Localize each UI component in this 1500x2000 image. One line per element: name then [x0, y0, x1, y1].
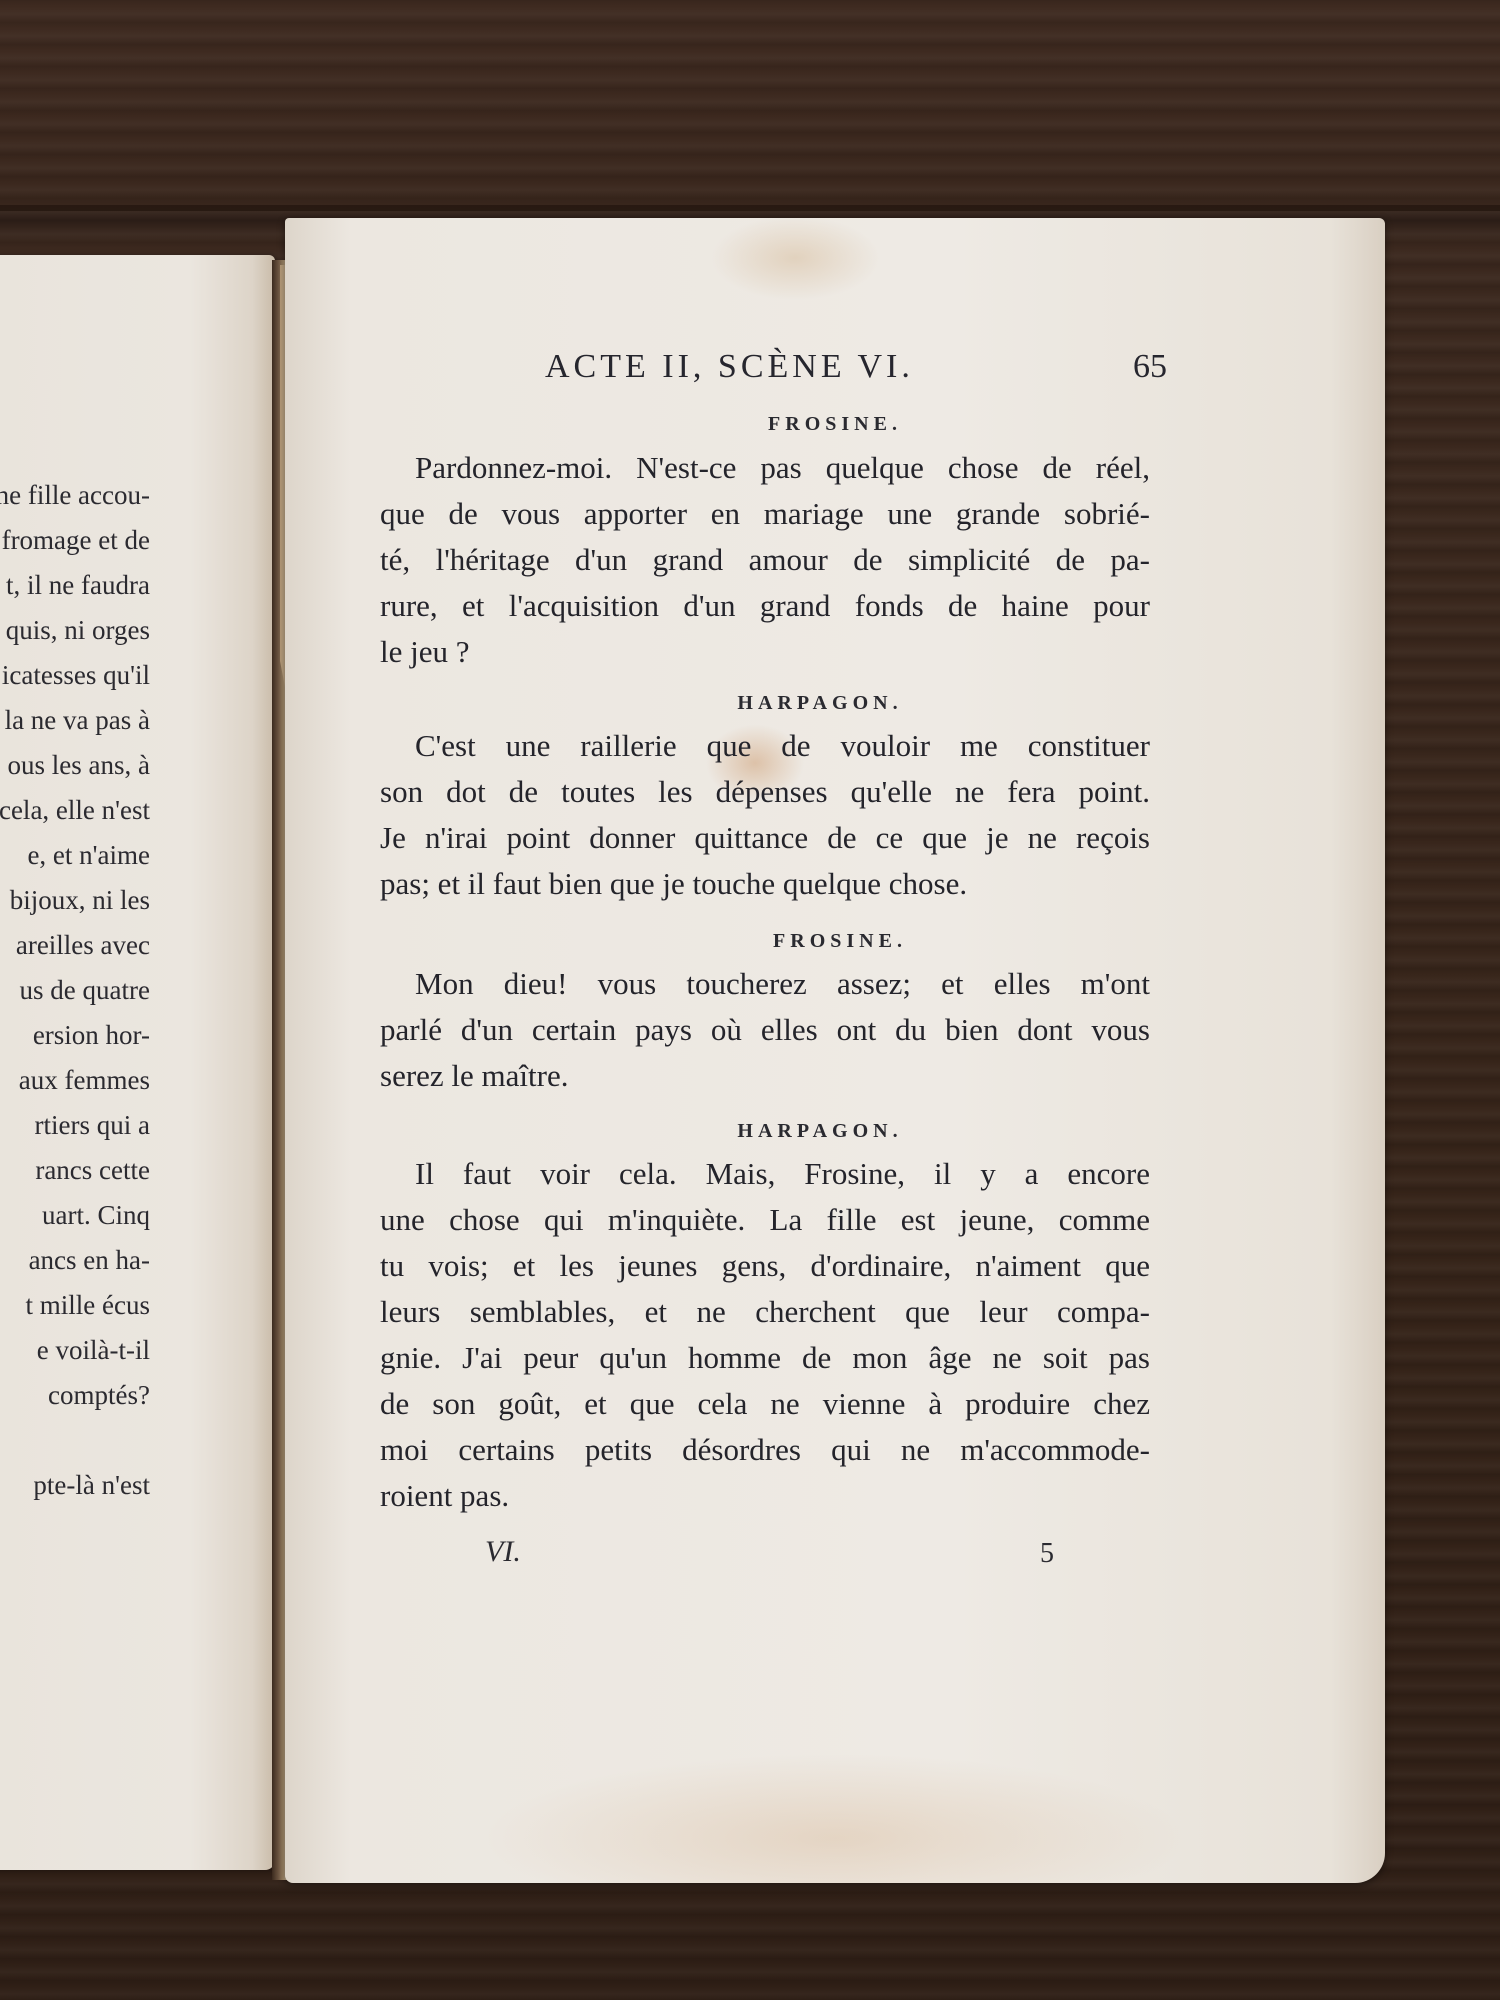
left-page-line: rtiers qui a: [35, 1110, 150, 1141]
text-line: moi certains petits désordres qui ne m'a…: [380, 1432, 1150, 1468]
text-line: une chose qui m'inquiète. La fille est j…: [380, 1202, 1150, 1238]
left-page-line: une fille accou-: [0, 480, 150, 511]
signature-mark: VI.: [485, 1535, 521, 1569]
text-line: Mon dieu! vous toucherez assez; et elles…: [415, 966, 1150, 1002]
left-page-line: icatesses qu'il: [2, 660, 150, 691]
gathering-number: 5: [1040, 1538, 1054, 1570]
right-page: ACTE II, SCÈNE VI. 65 FROSINE. Pardonnez…: [285, 218, 1385, 1883]
left-page-line: t, il ne faudra: [6, 570, 150, 601]
left-page-line: rancs cette: [35, 1155, 150, 1186]
left-page-line: fromage et de: [2, 525, 150, 556]
running-head-title: ACTE II, SCÈNE VI.: [545, 348, 914, 386]
left-page-line: areilles avec: [16, 930, 150, 961]
left-page: une fille accou- fromage et de t, il ne …: [0, 255, 275, 1870]
left-page-line: bijoux, ni les: [10, 885, 150, 916]
text-line: pas; et il faut bien que je touche quelq…: [380, 866, 1150, 902]
text-line: Il faut voir cela. Mais, Frosine, il y a…: [415, 1156, 1150, 1192]
text-line: Pardonnez-moi. N'est-ce pas quelque chos…: [415, 450, 1150, 486]
left-page-line: ancs en ha-: [29, 1245, 150, 1276]
left-page-line: e, et n'aime: [27, 840, 150, 871]
text-line: le jeu ?: [380, 634, 1150, 670]
left-page-line: uart. Cinq: [42, 1200, 150, 1231]
left-page-line: ous les ans, à: [8, 750, 150, 781]
text-line: rure, et l'acquisition d'un grand fonds …: [380, 588, 1150, 624]
text-line: de son goût, et que cela ne vienne à pro…: [380, 1386, 1150, 1422]
text-line: leurs semblables, et ne cherchent que le…: [380, 1294, 1150, 1330]
text-line: tu vois; et les jeunes gens, d'ordinaire…: [380, 1248, 1150, 1284]
left-page-line: la ne va pas à: [5, 705, 150, 736]
text-line: parlé d'un certain pays où elles ont du …: [380, 1012, 1150, 1048]
text-line: Je n'irai point donner quittance de ce q…: [380, 820, 1150, 856]
left-page-line: pte-là n'est: [33, 1470, 150, 1501]
text-line: C'est une raillerie que de vouloir me co…: [415, 728, 1150, 764]
left-page-line: e voilà-t-il: [37, 1335, 150, 1366]
speaker-name: FROSINE.: [285, 413, 1385, 436]
text-line: son dot de toutes les dépenses qu'elle n…: [380, 774, 1150, 810]
speaker-name: HARPAGON.: [270, 1120, 1370, 1143]
page-number: 65: [1133, 348, 1167, 386]
left-page-line: quis, ni orges: [6, 615, 150, 646]
left-page-line: ersion hor-: [33, 1020, 150, 1051]
text-line: que de vous apporter en mariage une gran…: [380, 496, 1150, 532]
text-line: té, l'héritage d'un grand amour de simpl…: [380, 542, 1150, 578]
left-page-line: t mille écus: [26, 1290, 150, 1321]
left-page-line: us de quatre: [20, 975, 150, 1006]
wooden-table-seam: [0, 205, 1500, 211]
text-line: serez le maître.: [380, 1058, 1150, 1094]
speaker-name: FROSINE.: [290, 930, 1390, 953]
left-page-line: aux femmes: [19, 1065, 150, 1096]
left-page-line: cela, elle n'est: [0, 795, 150, 826]
text-line: gnie. J'ai peur qu'un homme de mon âge n…: [380, 1340, 1150, 1376]
speaker-name: HARPAGON.: [270, 692, 1370, 715]
text-line: roient pas.: [380, 1478, 1150, 1514]
left-page-line: comptés?: [48, 1380, 150, 1411]
